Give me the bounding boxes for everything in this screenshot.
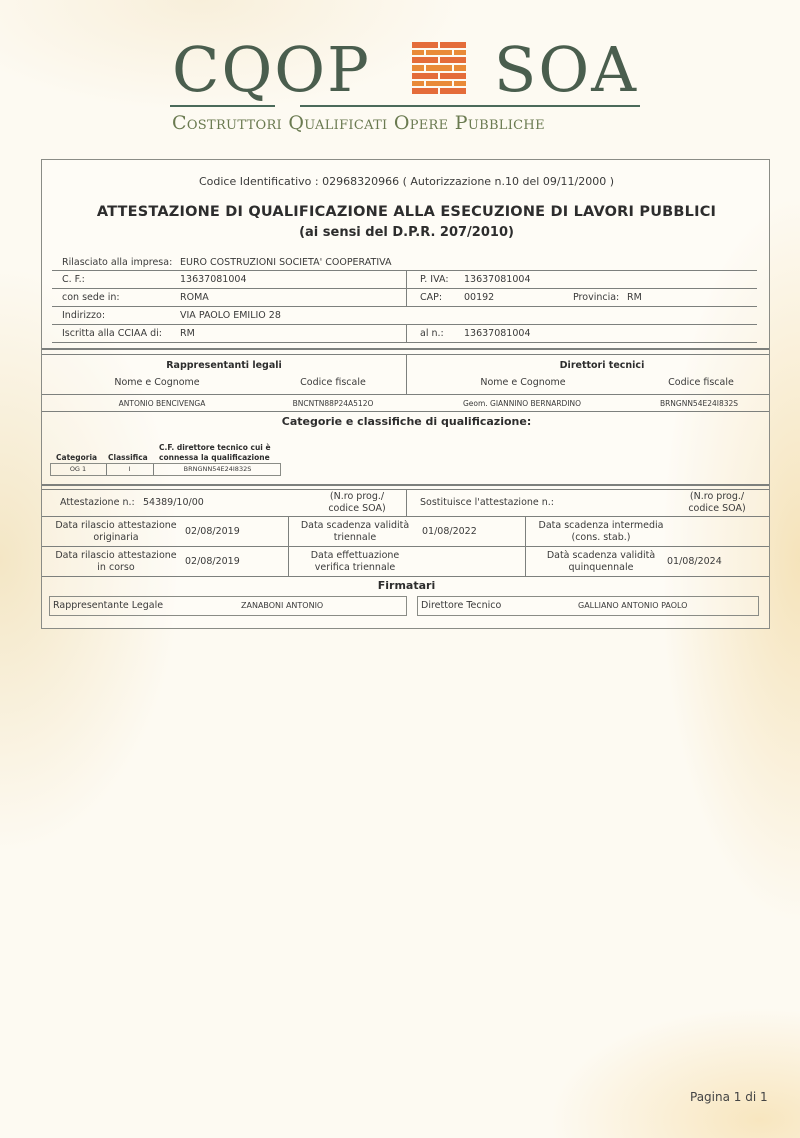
scadenza-quinquennale-line1: Datà scadenza validità (526, 550, 676, 561)
firmatario-direttore: Direttore Tecnico GALLIANO ANTONIO PAOLO (417, 596, 759, 616)
rilasciato-value: EURO COSTRUZIONI SOCIETA' COOPERATIVA (180, 257, 392, 268)
firmatario-rappresentante: Rappresentante Legale ZANABONI ANTONIO (49, 596, 407, 616)
indirizzo-value: VIA PAOLO EMILIO 28 (180, 310, 281, 321)
scadenza-triennale-line2: triennale (290, 532, 420, 543)
categoria-value: OG 1 (51, 465, 105, 473)
rilascio-originaria-line2: originaria (46, 532, 186, 543)
scadenza-intermedia-line2: (cons. stab.) (526, 532, 676, 543)
sostituisce-label: Sostituisce l'attestazione n.: (420, 497, 554, 508)
col-cf-direttore-line1: C.F. direttore tecnico cui è (159, 443, 271, 452)
col-codice-fiscale: Codice fiscale (268, 377, 398, 388)
al-n-value: 13637081004 (464, 328, 531, 339)
logo-rule (170, 105, 275, 107)
direttore-tecnico-label: Direttore Tecnico (421, 600, 501, 611)
document-title: ATTESTAZIONE DI QUALIFICAZIONE ALLA ESEC… (42, 204, 771, 220)
verifica-triennale-line2: verifica triennale (290, 562, 420, 573)
brick-wall-icon (412, 42, 466, 94)
logo-subtitle: Costruttori Qualificati Opere Pubbliche (172, 112, 642, 134)
cciaa-value: RM (180, 328, 195, 339)
sede-label: con sede in: (62, 292, 120, 303)
document-subtitle: (ai sensi del D.P.R. 207/2010) (42, 225, 771, 240)
rappresentanti-title: Rappresentanti legali (42, 360, 406, 371)
codice-identificativo: Codice Identificativo : 02968320966 ( Au… (42, 175, 771, 188)
nro-prog-line2: codice SOA) (672, 503, 762, 514)
piva-label: P. IVA: (420, 274, 449, 285)
cciaa-label: Iscritta alla CCIAA di: (62, 328, 162, 339)
direttore-cf: BRNGNN54E24I832S (634, 399, 764, 408)
nro-prog-line1: (N.ro prog./ (312, 491, 402, 502)
scadenza-quinquennale-value: 01/08/2024 (667, 556, 722, 567)
cap-value: 00192 (464, 292, 494, 303)
verifica-triennale-line1: Data effettuazione (290, 550, 420, 561)
nro-prog-line2: codice SOA) (312, 503, 402, 514)
col-nome-cognome: Nome e Cognome (448, 377, 598, 388)
al-n-label: al n.: (420, 328, 444, 339)
attestazione-label: Attestazione n.: (60, 497, 135, 508)
cap-label: CAP: (420, 292, 442, 303)
col-codice-fiscale: Codice fiscale (636, 377, 766, 388)
logo-rule (300, 105, 640, 107)
piva-value: 13637081004 (464, 274, 531, 285)
col-categoria: Categoria (56, 453, 97, 462)
scadenza-triennale-value: 01/08/2022 (422, 526, 477, 537)
rappresentante-nome: ANTONIO BENCIVENGA (62, 399, 262, 408)
page-number: Pagina 1 di 1 (690, 1090, 768, 1104)
col-classifica: Classifica (108, 453, 148, 462)
logo-text-cqop: CQOP (172, 34, 371, 106)
direttori-title: Direttori tecnici (522, 360, 682, 371)
nro-prog-line1: (N.ro prog./ (672, 491, 762, 502)
attestazione-value: 54389/10/00 (143, 497, 204, 508)
rilascio-originaria-value: 02/08/2019 (185, 526, 240, 537)
direttore-nome: Geom. GIANNINO BERNARDINO (422, 399, 622, 408)
rappresentante-legale-value: ZANABONI ANTONIO (241, 601, 323, 610)
direttore-tecnico-value: GALLIANO ANTONIO PAOLO (578, 601, 687, 610)
provincia-label: Provincia: (573, 292, 619, 303)
sede-value: ROMA (180, 292, 209, 303)
rilascio-corso-line2: in corso (46, 562, 186, 573)
rilascio-originaria-line1: Data rilascio attestazione (46, 520, 186, 531)
rappresentante-cf: BNCNTN88P24A512O (268, 399, 398, 408)
provincia-value: RM (627, 292, 642, 303)
col-cf-direttore-line2: connessa la qualificazione (159, 453, 270, 462)
attestation-frame: Codice Identificativo : 02968320966 ( Au… (41, 159, 770, 629)
rilascio-corso-value: 02/08/2019 (185, 556, 240, 567)
rappresentante-legale-label: Rappresentante Legale (53, 600, 163, 611)
rilascio-corso-line1: Data rilascio attestazione (46, 550, 186, 561)
cqop-soa-logo: CQOP SOA Costruttori Qualificati Opere P… (170, 34, 640, 144)
firmatari-title: Firmatari (42, 579, 771, 592)
cf-direttore-value: BRNGNN54E24I832S (154, 465, 281, 473)
rilasciato-label: Rilasciato alla impresa: (62, 257, 172, 268)
scadenza-quinquennale-line2: quinquennale (526, 562, 676, 573)
cf-value: 13637081004 (180, 274, 247, 285)
logo-text-soa: SOA (494, 34, 638, 106)
classifica-value: I (107, 465, 152, 473)
scadenza-triennale-line1: Data scadenza validità (290, 520, 420, 531)
col-nome-cognome: Nome e Cognome (82, 377, 232, 388)
cf-label: C. F.: (62, 274, 85, 285)
table-row: OG 1 I BRNGNN54E24I832S (50, 463, 281, 476)
categorie-title: Categorie e classifiche di qualificazion… (42, 415, 771, 428)
scadenza-intermedia-line1: Data scadenza intermedia (526, 520, 676, 531)
indirizzo-label: Indirizzo: (62, 310, 105, 321)
